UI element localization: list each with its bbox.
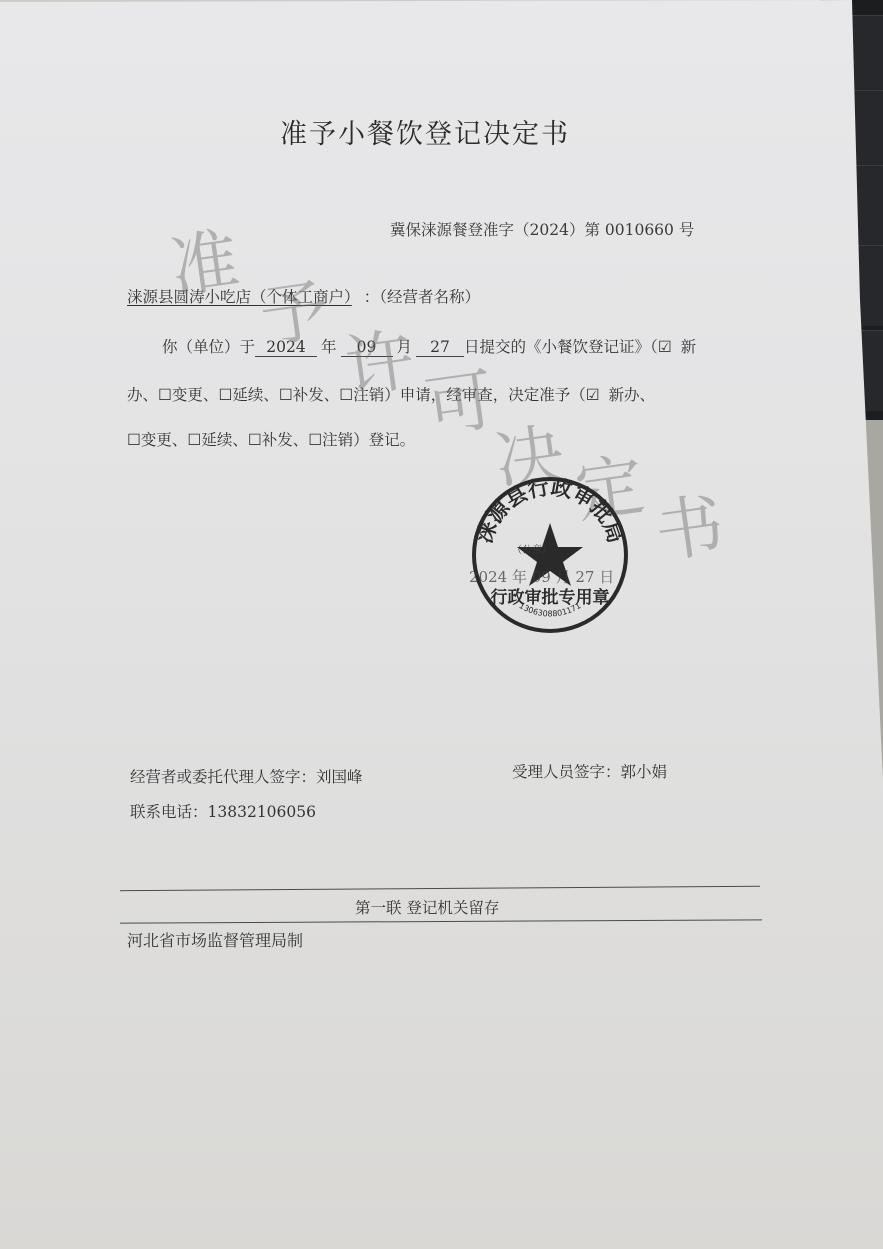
checkbox-reissue: ☐ [279,386,293,404]
operator-line: 涞源县圆涛小吃店（个体工商户）：（经营者名称） [127,285,480,307]
issuer-label: 河北省市场监督管理局制 [127,928,303,951]
document-title: 准予小餐饮登记决定书 [280,112,570,151]
divider-bottom [120,919,762,923]
checkbox-renew: ☐ [218,386,232,404]
divider-top [120,886,760,891]
receiver-signature: 受理人员签字：郭小娟 [512,760,667,782]
submit-day: 27 [416,339,464,357]
submit-month: 09 [341,339,393,357]
operator-name: 涞源县圆涛小吃店（个体工商户） [127,288,352,306]
operator-suffix: ：（经营者名称） [364,288,480,306]
receiver-signature-name: 郭小娟 [621,763,668,781]
seal-note: （公章） [512,543,552,556]
checkbox-approved-renew: ☐ [187,431,201,449]
checkbox-approved-cancel: ☐ [308,431,322,449]
operator-signature-name: 刘国峰 [316,768,363,786]
operator-signature: 经营者或委托代理人签字：刘国峰 [130,765,363,787]
official-seal: 涞源县行政审批局 （公章） 行政审批专用章 1306308801171 [470,475,630,635]
document-paper: 准予小餐饮登记决定书 冀保涞源餐登准字（2024）第 0010660 号 涞源县… [0,0,883,1249]
checkbox-approved-change: ☐ [127,431,141,449]
submit-year: 2024 [255,339,317,357]
seal-center-text: 行政审批专用章 [491,587,610,608]
checkbox-approved-new: ☑ [586,386,600,404]
document-number: 冀保涞源餐登准字（2024）第 0010660 号 [390,218,694,240]
checkbox-approved-reissue: ☐ [248,431,262,449]
body-line-3: ☐变更、☐延续、☐补发、☐注销）登记。 [127,428,415,450]
decision-date: 2024 年 09 月 27 日 [469,566,614,587]
phone-number: 13832106056 [208,803,316,821]
checkbox-change: ☐ [158,386,172,404]
checkbox-new-application: ☑ [658,338,672,356]
body-line-2: 办、☐变更、☐延续、☐补发、☐注销）申请，经审查，决定准予（☑ 新办、 [127,383,655,405]
copy-label: 第一联 登记机关留存 [355,896,499,918]
contact-phone: 联系电话：13832106056 [130,800,316,822]
checkbox-cancel: ☐ [339,386,353,404]
body-line-1: 你（单位）于2024年09月27日提交的《小餐饮登记证》（☑ 新 [162,335,696,357]
